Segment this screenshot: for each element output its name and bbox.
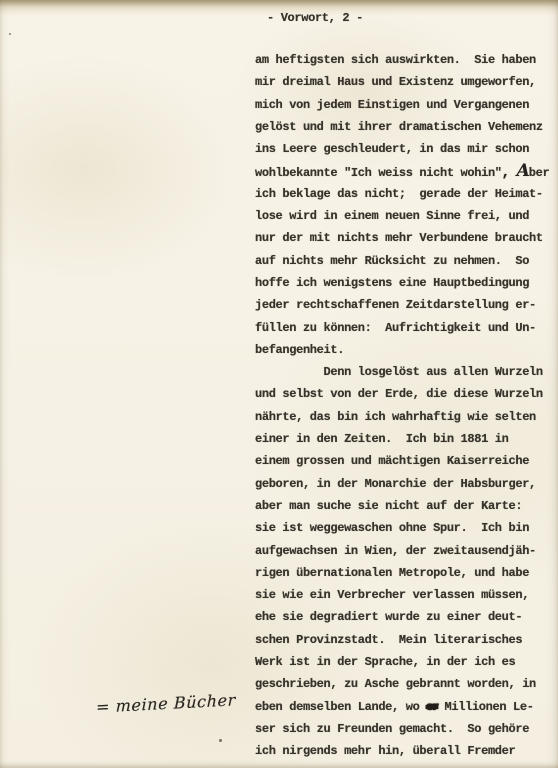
typed-line: ehe sie degradiert wurde zu einer deut-: [255, 606, 555, 628]
typed-line: ins Leere geschleudert, in das mir schon: [255, 138, 555, 160]
typed-line: eben demselben Lande, wo er Millionen Le…: [255, 696, 555, 718]
typed-line: geschrieben, zu Asche gebrannt worden, i…: [255, 673, 555, 695]
typed-line: schen Provinzstadt. Mein literarisches: [255, 629, 555, 651]
typed-line: sie wie ein Verbrecher verlassen müssen,: [255, 584, 555, 606]
typed-line: mir dreimal Haus und Existenz umgeworfen…: [255, 71, 555, 93]
typed-line: rigen übernationalen Metropole, und habe: [255, 562, 555, 584]
typed-line: und selbst von der Erde, die diese Wurze…: [255, 383, 555, 405]
typed-line: aufgewachsen in Wien, der zweitausendjäh…: [255, 540, 555, 562]
typed-line: Werk ist in der Sprache, in der ich es: [255, 651, 555, 673]
struckout-word: er: [426, 700, 437, 714]
ink-mark: ,: [502, 165, 510, 181]
paper-speck: [9, 33, 11, 35]
typed-line: auf nichts mehr Rücksicht zu nehmen. So: [255, 250, 555, 272]
typed-line: lose wird in einem neuen Sinne frei, und: [255, 205, 555, 227]
typed-line: aber man suche sie nicht auf der Karte:: [255, 495, 555, 517]
typed-line: nur der mit nichts mehr Verbundene brauc…: [255, 227, 555, 249]
typed-line: einer in den Zeiten. Ich bin 1881 in: [255, 428, 555, 450]
paper-speck: [219, 739, 222, 742]
typed-line: wohlbekannte "Ich weiss nicht wohin", Ab…: [255, 160, 555, 182]
typed-line: ich nirgends mehr hin, überall Fremder: [255, 740, 555, 762]
typed-line: hoffe ich wenigstens eine Hauptbedingung: [255, 272, 555, 294]
typescript-page: - Vorwort, 2 - am heftigsten sich auswir…: [0, 0, 558, 768]
handwritten-correction: A: [517, 161, 529, 181]
typed-line: befangenheit.: [255, 339, 555, 361]
typed-line: am heftigsten sich auswirkten. Sie haben: [255, 49, 555, 71]
typed-line: jeder rechtschaffenen Zeitdarstellung er…: [255, 294, 555, 316]
typed-line: sie ist weggewaschen ohne Spur. Ich bin: [255, 517, 555, 539]
typed-line: gelöst und mit ihrer dramatischen Veheme…: [255, 116, 555, 138]
typed-line: ser sich zu Freunden gemacht. So gehöre: [255, 718, 555, 740]
typed-text-block: am heftigsten sich auswirkten. Sie haben…: [255, 49, 555, 763]
typed-line: geboren, in der Monarchie der Habsburger…: [255, 473, 555, 495]
typed-line: nährte, das bin ich wahrhaftig wie selte…: [255, 406, 555, 428]
typed-line: mich von jedem Einstigen und Vergangenen: [255, 94, 555, 116]
typed-line: füllen zu können: Aufrichtigkeit und Un-: [255, 317, 555, 339]
margin-annotation: = meine Bücher: [96, 690, 236, 716]
typed-line: einem grossen und mächtigen Kaiserreiche: [255, 450, 555, 472]
page-header: - Vorwort, 2 -: [267, 11, 363, 25]
typed-line: Denn losgelöst aus allen Wurzeln: [255, 361, 555, 383]
typed-line: ich beklage das nicht; gerade der Heimat…: [255, 183, 555, 205]
